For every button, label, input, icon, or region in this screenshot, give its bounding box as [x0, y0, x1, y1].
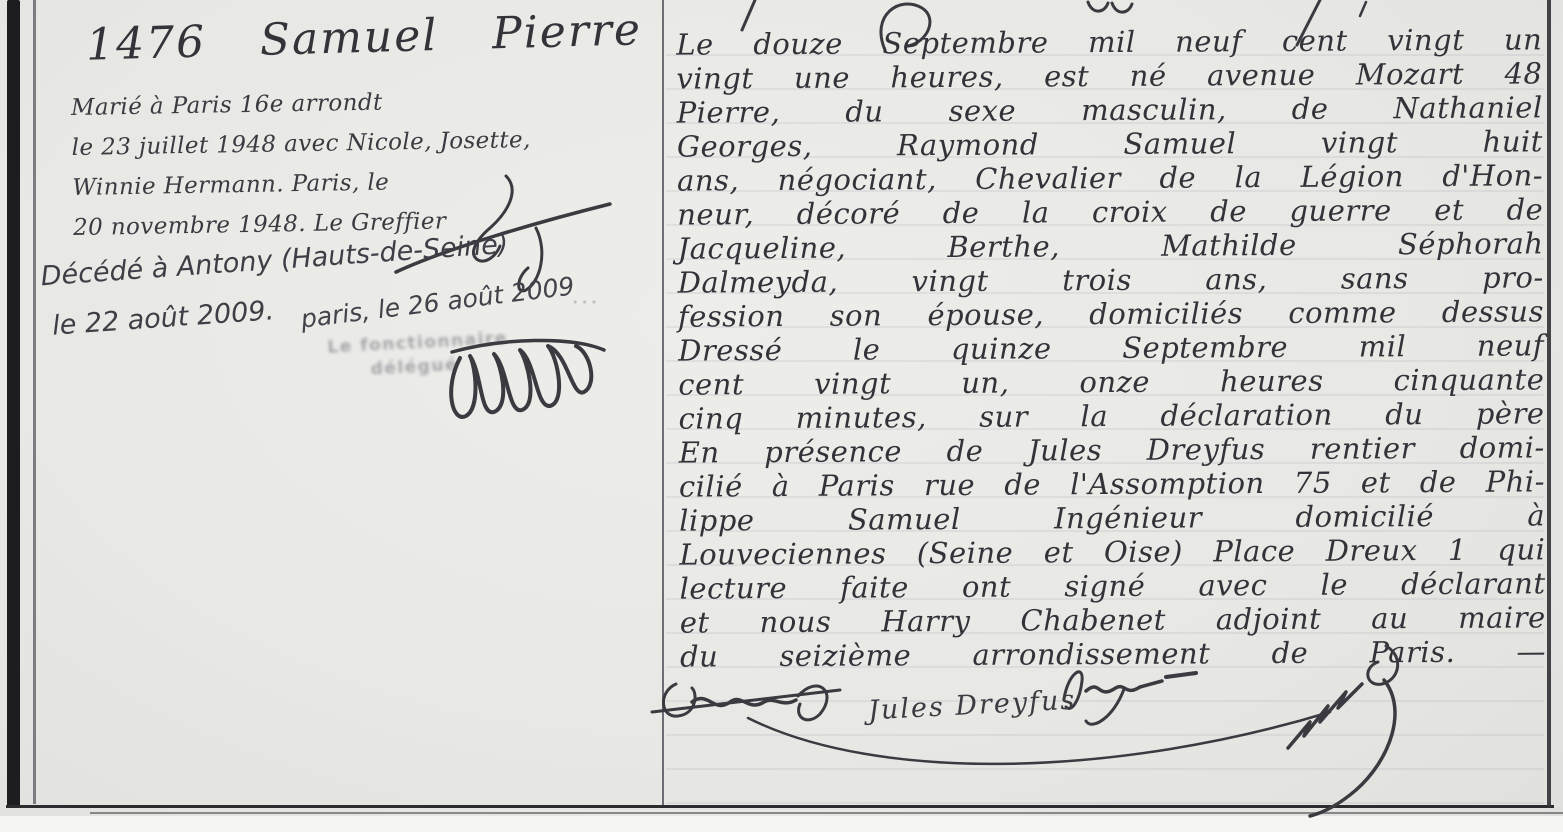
- right-border-line: [1547, 0, 1551, 808]
- act-line: Dalmeyda, vingt trois ans, sans pro-: [678, 260, 1544, 299]
- act-line: et nous Harry Chabenet adjoint au maire: [680, 600, 1546, 639]
- act-line: cilié à Paris rue de l'Assomption 75 et …: [679, 464, 1545, 503]
- act-line: Dressé le quinze Septembre mil neuf: [678, 328, 1544, 367]
- act-line: Louveciennes (Seine et Oise) Place Dreux…: [679, 532, 1545, 571]
- act-line: ans, négociant, Chevalier de la Légion d…: [677, 158, 1543, 197]
- registrar-2009-signature-scrawl: [432, 328, 622, 438]
- officer-signature-flourish: [1258, 640, 1448, 820]
- act-line: fession son épouse, domiciliés comme des…: [678, 294, 1544, 333]
- act-line: neur, décoré de la croix de guerre et de: [677, 192, 1543, 231]
- record-number-and-name-header: 1476 Samuel Pierre: [85, 4, 642, 71]
- act-line: Pierre, du sexe masculin, de Nathaniel: [677, 90, 1543, 129]
- act-line: lippe Samuel Ingénieur domicilié à: [679, 498, 1545, 537]
- act-line: vingt une heures, est né avenue Mozart 4…: [676, 56, 1542, 95]
- witness-signature-scrawl: [1028, 655, 1208, 745]
- left-border-thick-line: [7, 0, 20, 808]
- act-line: Le douze Septembre mil neuf cent vingt u…: [676, 22, 1542, 61]
- marriage-note-line: le 23 juillet 1948 avec Nicole, Josette,: [71, 120, 531, 168]
- act-line: lecture faite ont signé avec le déclaran…: [679, 566, 1545, 605]
- left-border-thin-line: [33, 0, 36, 804]
- act-line: cinq minutes, sur la déclaration du père: [678, 396, 1544, 435]
- scanned-birth-record-page: 1476 Samuel Pierre Marié à Paris 16e arr…: [0, 0, 1563, 832]
- ink-smudge-dots: ...: [572, 284, 600, 308]
- act-line: Jacqueline, Berthe, Mathilde Séphorah: [677, 226, 1543, 265]
- act-line: En présence de Jules Dreyfus rentier dom…: [679, 430, 1545, 469]
- act-line: cent vingt un, onze heures cinquante: [678, 362, 1544, 401]
- act-line: Georges, Raymond Samuel vingt huit: [677, 124, 1543, 163]
